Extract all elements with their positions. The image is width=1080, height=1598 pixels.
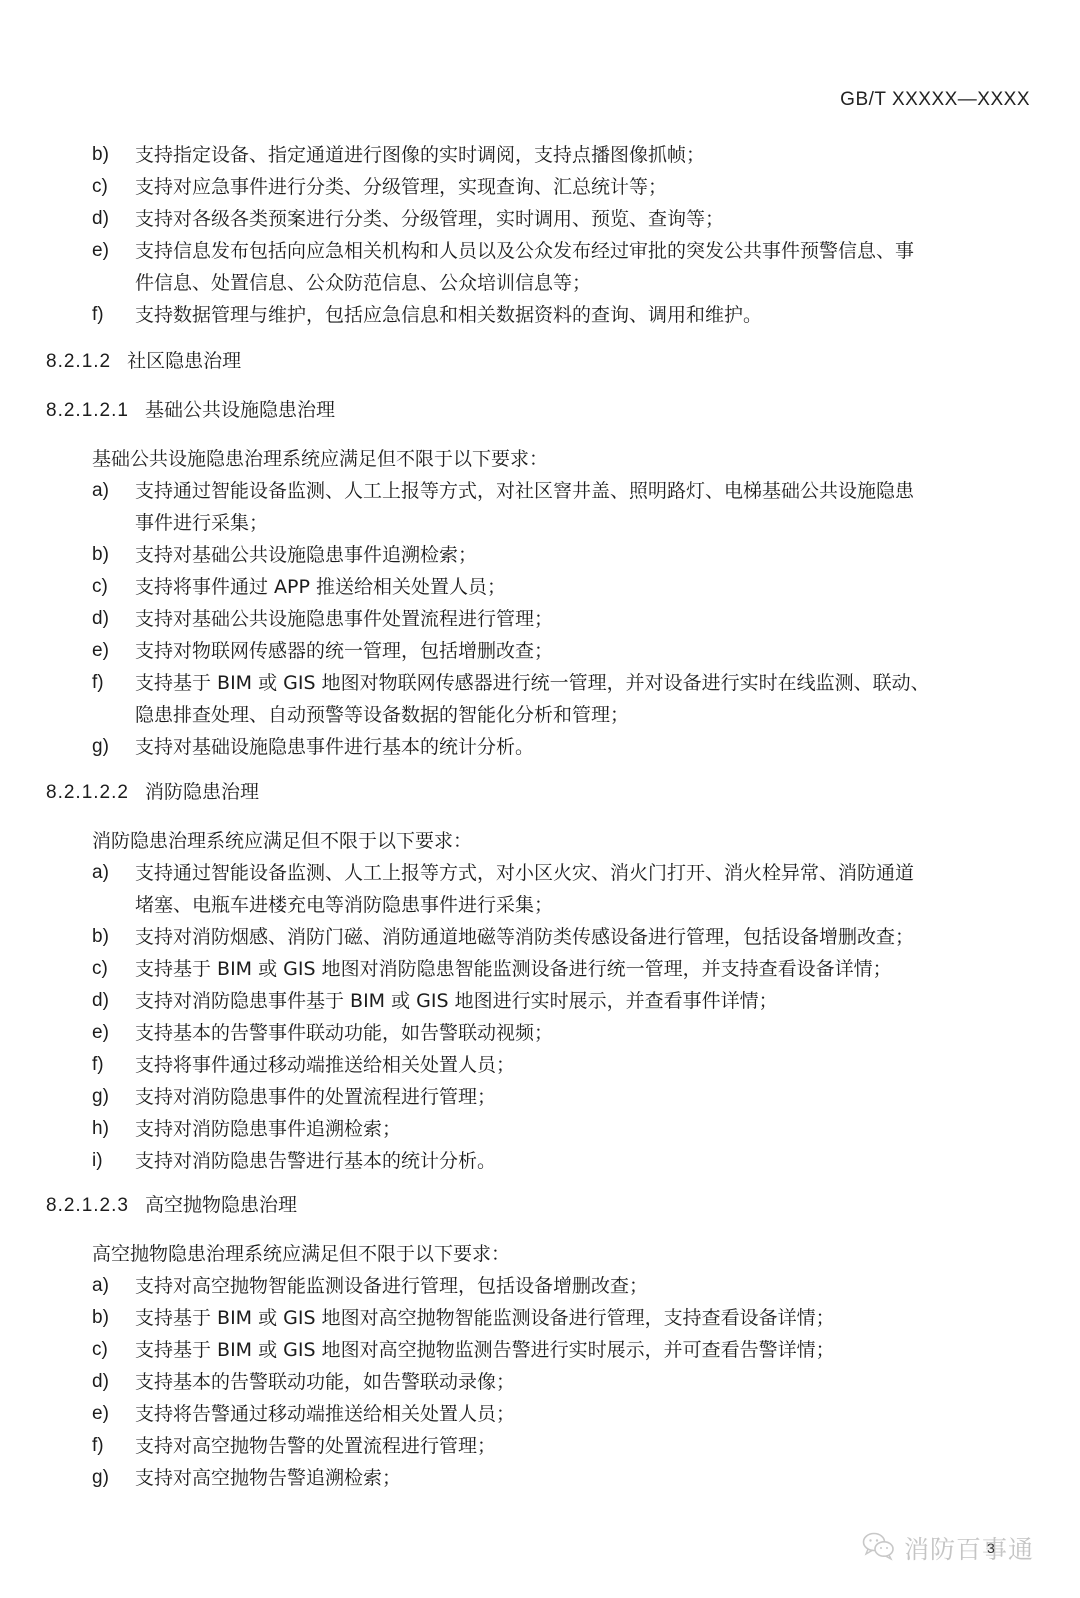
list-text: 堵塞、电瓶车进楼充电等消防隐患事件进行采集； xyxy=(135,893,553,917)
list-mark: c) xyxy=(92,575,132,599)
list-mark: a) xyxy=(92,479,132,503)
list-text: 支持通过智能设备监测、人工上报等方式，对社区窨井盖、照明路灯、电梯基础公共设施隐… xyxy=(135,479,914,503)
list-text: 支持通过智能设备监测、人工上报等方式，对小区火灾、消火门打开、消火栓异常、消防通… xyxy=(135,861,914,885)
list-text: 支持对应急事件进行分类、分级管理，实现查询、汇总统计等； xyxy=(135,175,667,199)
list-text: 支持将告警通过移动端推送给相关处置人员； xyxy=(135,1402,515,1426)
section-number: 8.2.1.2.1 xyxy=(46,400,129,421)
list-text: 支持基于 BIM 或 GIS 地图对消防隐患智能监测设备进行统一管理，并支持查看… xyxy=(135,957,892,981)
section-title: 高空抛物隐患治理 xyxy=(145,1194,297,1216)
list-text: 支持对高空抛物告警追溯检索； xyxy=(135,1466,401,1490)
list-text: 支持对消防烟感、消防门磁、消防通道地磁等消防类传感设备进行管理，包括设备增删改查… xyxy=(135,925,914,949)
list-mark: e) xyxy=(92,639,132,663)
list-text: 支持基本的告警事件联动功能，如告警联动视频； xyxy=(135,1021,553,1045)
list-text: 支持对消防隐患告警进行基本的统计分析。 xyxy=(135,1149,496,1173)
list-mark: b) xyxy=(92,143,132,167)
list-text: 支持基于 BIM 或 GIS 地图对物联网传感器进行统一管理，并对设备进行实时在… xyxy=(135,671,930,695)
list-mark: f) xyxy=(92,1434,132,1458)
list-mark: g) xyxy=(92,735,132,759)
list-mark: i) xyxy=(92,1149,132,1173)
list-text: 支持对物联网传感器的统一管理，包括增删改查； xyxy=(135,639,553,663)
list-text: 支持对消防隐患事件基于 BIM 或 GIS 地图进行实时展示，并查看事件详情； xyxy=(135,989,778,1013)
list-mark: g) xyxy=(92,1466,132,1490)
section-intro: 消防隐患治理系统应满足但不限于以下要求： xyxy=(92,829,472,853)
list-mark: g) xyxy=(92,1085,132,1109)
watermark: 消防百事通 xyxy=(862,1530,1034,1566)
list-mark: c) xyxy=(92,957,132,981)
wechat-icon xyxy=(862,1531,896,1565)
section-intro: 基础公共设施隐患治理系统应满足但不限于以下要求： xyxy=(92,447,548,471)
list-text: 支持基于 BIM 或 GIS 地图对高空抛物智能监测设备进行管理，支持查看设备详… xyxy=(135,1306,835,1330)
section-number: 8.2.1.2 xyxy=(46,351,111,372)
section-title: 消防隐患治理 xyxy=(145,781,259,803)
list-mark: e) xyxy=(92,1402,132,1426)
list-text: 支持对基础公共设施隐患事件处置流程进行管理； xyxy=(135,607,553,631)
list-mark: e) xyxy=(92,1021,132,1045)
list-text: 支持将事件通过 APP 推送给相关处置人员； xyxy=(135,575,506,599)
list-text: 支持对消防隐患事件的处置流程进行管理； xyxy=(135,1085,496,1109)
list-text: 事件进行采集； xyxy=(135,511,268,535)
list-text: 件信息、处置信息、公众防范信息、公众培训信息等； xyxy=(135,271,591,295)
list-text: 支持对各级各类预案进行分类、分级管理，实时调用、预览、查询等； xyxy=(135,207,724,231)
list-mark: b) xyxy=(92,925,132,949)
standard-code: GB/T XXXXX—XXXX xyxy=(840,89,1030,111)
page-number: 3 xyxy=(987,1540,995,1556)
list-text: 支持信息发布包括向应急相关机构和人员以及公众发布经过审批的突发公共事件预警信息、… xyxy=(135,239,914,263)
list-text: 支持对高空抛物告警的处置流程进行管理； xyxy=(135,1434,496,1458)
list-mark: d) xyxy=(92,1370,132,1394)
list-mark: b) xyxy=(92,543,132,567)
section-title: 社区隐患治理 xyxy=(127,350,241,372)
list-mark: c) xyxy=(92,1338,132,1362)
section-number: 8.2.1.2.3 xyxy=(46,1195,129,1216)
list-mark: f) xyxy=(92,671,132,695)
section-title: 基础公共设施隐患治理 xyxy=(145,399,335,421)
section-heading: 8.2.1.2社区隐患治理 xyxy=(46,349,241,374)
list-mark: d) xyxy=(92,207,132,231)
list-mark: d) xyxy=(92,989,132,1013)
list-text: 支持将事件通过移动端推送给相关处置人员； xyxy=(135,1053,515,1077)
section-heading: 8.2.1.2.1基础公共设施隐患治理 xyxy=(46,398,335,423)
list-text: 支持数据管理与维护，包括应急信息和相关数据资料的查询、调用和维护。 xyxy=(135,303,762,327)
list-mark: a) xyxy=(92,1274,132,1298)
list-mark: a) xyxy=(92,861,132,885)
section-heading: 8.2.1.2.2消防隐患治理 xyxy=(46,780,259,805)
list-mark: b) xyxy=(92,1306,132,1330)
list-mark: h) xyxy=(92,1117,132,1141)
list-mark: e) xyxy=(92,239,132,263)
list-text: 支持对消防隐患事件追溯检索； xyxy=(135,1117,401,1141)
list-text: 支持对基础设施隐患事件进行基本的统计分析。 xyxy=(135,735,534,759)
section-number: 8.2.1.2.2 xyxy=(46,782,129,803)
list-mark: f) xyxy=(92,1053,132,1077)
list-mark: d) xyxy=(92,607,132,631)
section-heading: 8.2.1.2.3高空抛物隐患治理 xyxy=(46,1193,297,1218)
list-text: 隐患排查处理、自动预警等设备数据的智能化分析和管理； xyxy=(135,703,629,727)
list-mark: c) xyxy=(92,175,132,199)
list-text: 支持基于 BIM 或 GIS 地图对高空抛物监测告警进行实时展示，并可查看告警详… xyxy=(135,1338,835,1362)
list-text: 支持基本的告警联动功能，如告警联动录像； xyxy=(135,1370,515,1394)
list-text: 支持对高空抛物智能监测设备进行管理，包括设备增删改查； xyxy=(135,1274,648,1298)
section-intro: 高空抛物隐患治理系统应满足但不限于以下要求： xyxy=(92,1242,510,1266)
list-mark: f) xyxy=(92,303,132,327)
list-text: 支持对基础公共设施隐患事件追溯检索； xyxy=(135,543,477,567)
list-text: 支持指定设备、指定通道进行图像的实时调阅，支持点播图像抓帧； xyxy=(135,143,705,167)
watermark-text: 消防百事通 xyxy=(904,1530,1034,1566)
